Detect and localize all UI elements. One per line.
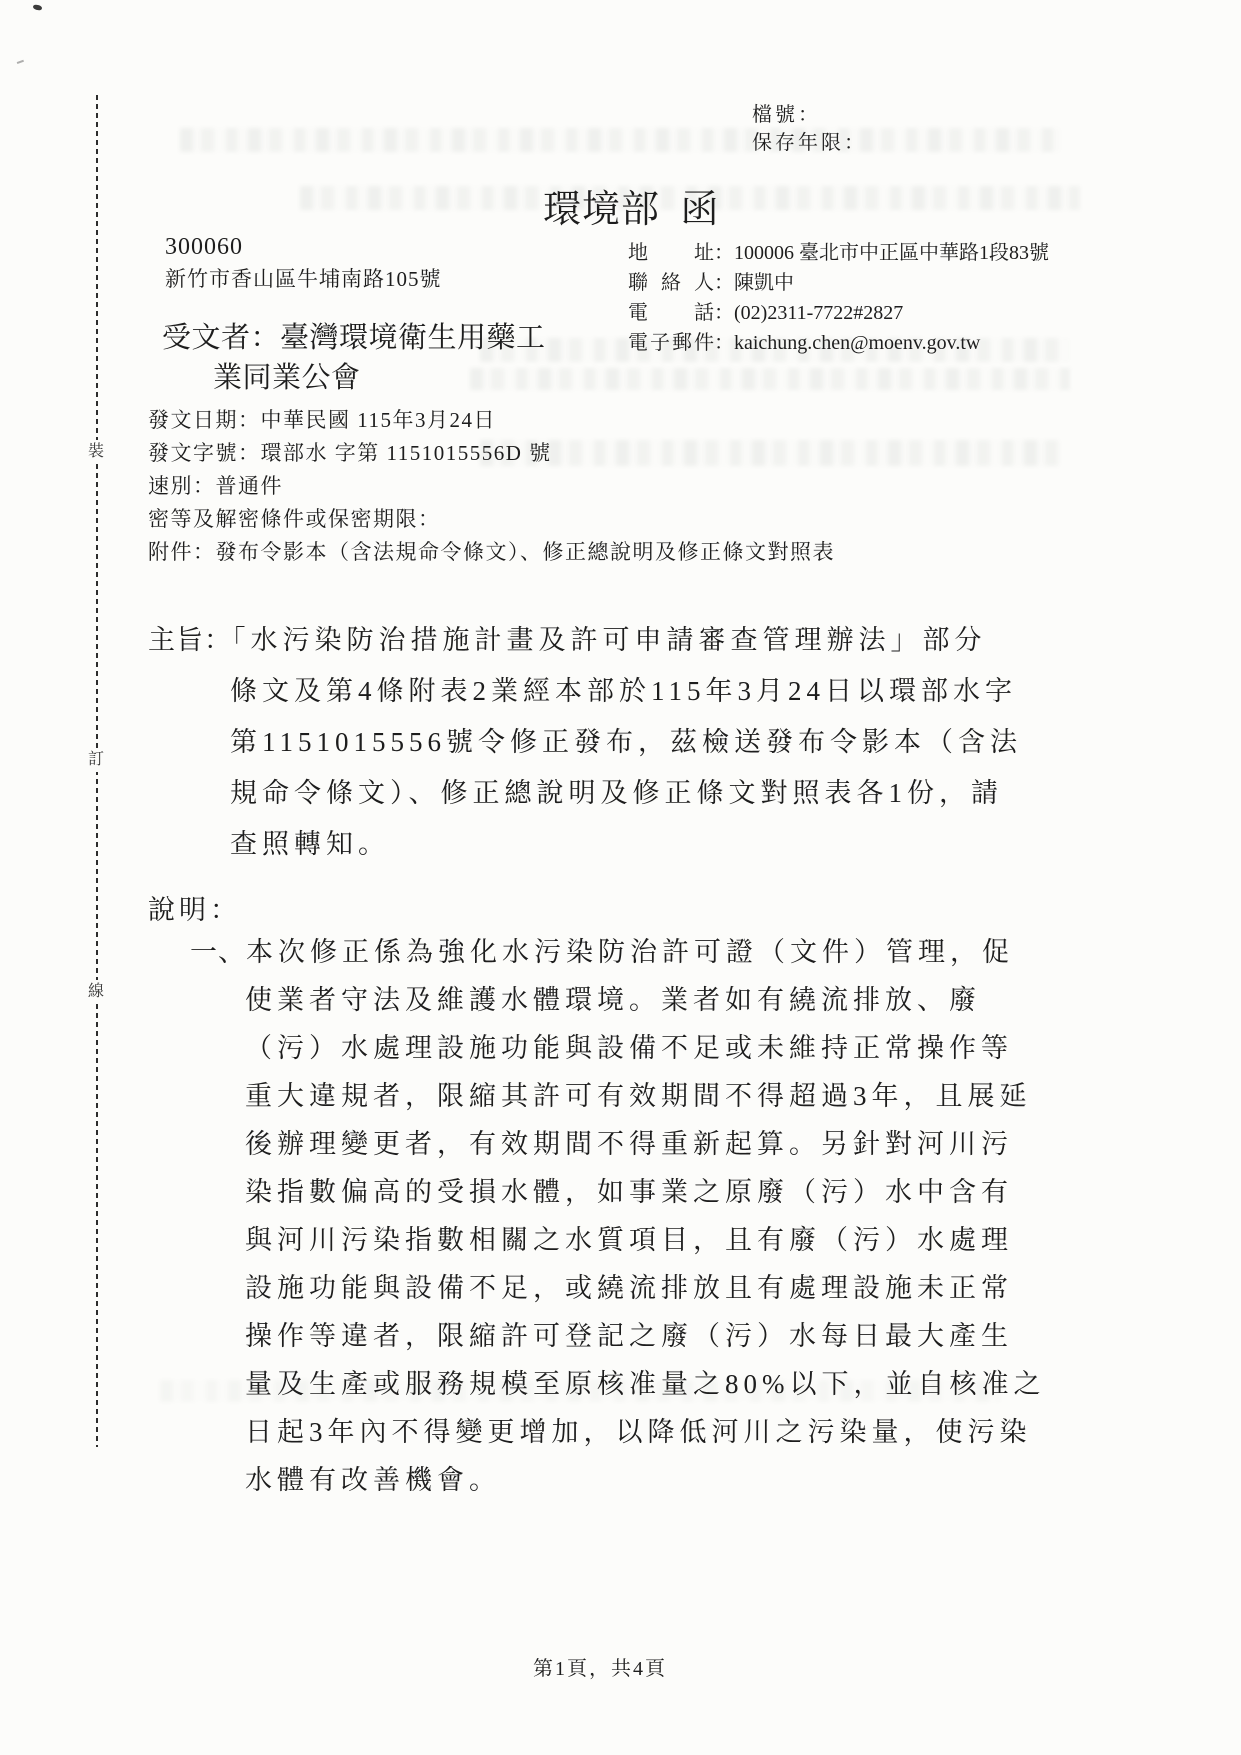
binding-mark-xian: 線 — [88, 980, 104, 1004]
contact-address-value: 100006 臺北市中正區中華路1段83號 — [734, 238, 1049, 268]
classification-row: 密等及解密條件或保密期限： — [148, 503, 835, 536]
contact-address-label: 地址 — [628, 238, 714, 268]
subject-label: 主旨： — [148, 625, 232, 655]
issue-date-row: 發文日期：中華民國 115年3月24日 — [148, 404, 835, 437]
attachment-row: 附件：發布令影本（含法規命令條文）、修正總說明及修正條文對照表 — [148, 536, 835, 569]
contact-email-value: kaichung.chen@moenv.gov.tw — [734, 328, 980, 358]
colon: ： — [714, 268, 734, 298]
page-number-footer: 第1頁，共4頁 — [0, 1652, 1200, 1681]
bleed-through-band — [180, 128, 1060, 152]
subject-block: 主旨：「水污染防治措施計畫及許可申請審查管理辦法」部分 條文及第4條附表2業經本… — [148, 615, 1098, 870]
contact-person-value: 陳凱中 — [734, 268, 794, 298]
document-title: 環境部 函 — [543, 178, 720, 233]
priority-label: 速別： — [148, 474, 216, 498]
colon: ： — [714, 238, 734, 268]
attachment-label: 附件： — [148, 540, 216, 564]
item-body: 本次修正係為強化水污染防治許可證（文件）管理，促 使業者守法及維護水體環境。業者… — [245, 937, 1046, 1495]
item-number: 一、 — [190, 937, 246, 967]
classification-label: 密等及解密條件或保密期限： — [148, 507, 441, 531]
contact-person-row: 聯絡人：陳凱中 — [628, 268, 1049, 298]
recipient-block: 受文者：臺灣環境衛生用藥工 業同業公會 — [162, 318, 682, 398]
contact-person-label: 聯絡人 — [628, 268, 714, 298]
retention-period-label: 保存年限： — [752, 126, 867, 155]
file-number-label: 檔號： — [752, 98, 821, 127]
contact-phone-row: 電話：(02)2311-7722#2827 — [628, 298, 1049, 328]
binding-mark-zhuang: 裝 — [88, 440, 104, 464]
colon: ： — [714, 298, 734, 328]
scan-speck — [33, 4, 43, 11]
issue-date-label: 發文日期： — [148, 408, 261, 432]
priority-row: 速別：普通件 — [148, 470, 835, 503]
doc-number-label: 發文字號： — [148, 441, 261, 465]
explanation-item-1: 一、本次修正係為強化水污染防治許可證（文件）管理，促 使業者守法及維護水體環境。… — [190, 928, 1180, 1504]
priority-value: 普通件 — [216, 474, 284, 498]
explanation-label: 說明： — [148, 888, 241, 927]
subject-body: 「水污染防治措施計畫及許可申請審查管理辦法」部分 條文及第4條附表2業經本部於1… — [230, 625, 1022, 859]
document-meta-block: 發文日期：中華民國 115年3月24日 發文字號：環部水 字第 11510155… — [148, 404, 835, 569]
recipient-label: 受文者： — [162, 322, 280, 354]
scanned-official-letter-page: 裝 訂 線 檔號： 保存年限： 環境部 函 300060 新竹市香山區牛埔南路1… — [0, 0, 1241, 1755]
doc-number-row: 發文字號：環部水 字第 1151015556D 號 — [148, 437, 835, 470]
scan-speck — [15, 55, 24, 64]
doc-number-value: 環部水 字第 1151015556D 號 — [261, 441, 552, 465]
sender-postal-code: 300060 — [165, 234, 243, 261]
contact-email-row: 電子郵件：kaichung.chen@moenv.gov.tw — [628, 328, 1049, 358]
contact-address-row: 地址：100006 臺北市中正區中華路1段83號 — [628, 238, 1049, 268]
contact-phone-value: (02)2311-7722#2827 — [734, 298, 903, 328]
binding-mark-ding: 訂 — [88, 748, 104, 772]
colon: ： — [714, 328, 734, 358]
contact-info-block: 地址：100006 臺北市中正區中華路1段83號 聯絡人：陳凱中 電話：(02)… — [628, 238, 1049, 358]
attachment-value: 發布令影本（含法規命令條文）、修正總說明及修正條文對照表 — [216, 540, 836, 564]
sender-address: 新竹市香山區牛埔南路105號 — [165, 263, 442, 293]
issue-date-value: 中華民國 115年3月24日 — [261, 408, 496, 432]
